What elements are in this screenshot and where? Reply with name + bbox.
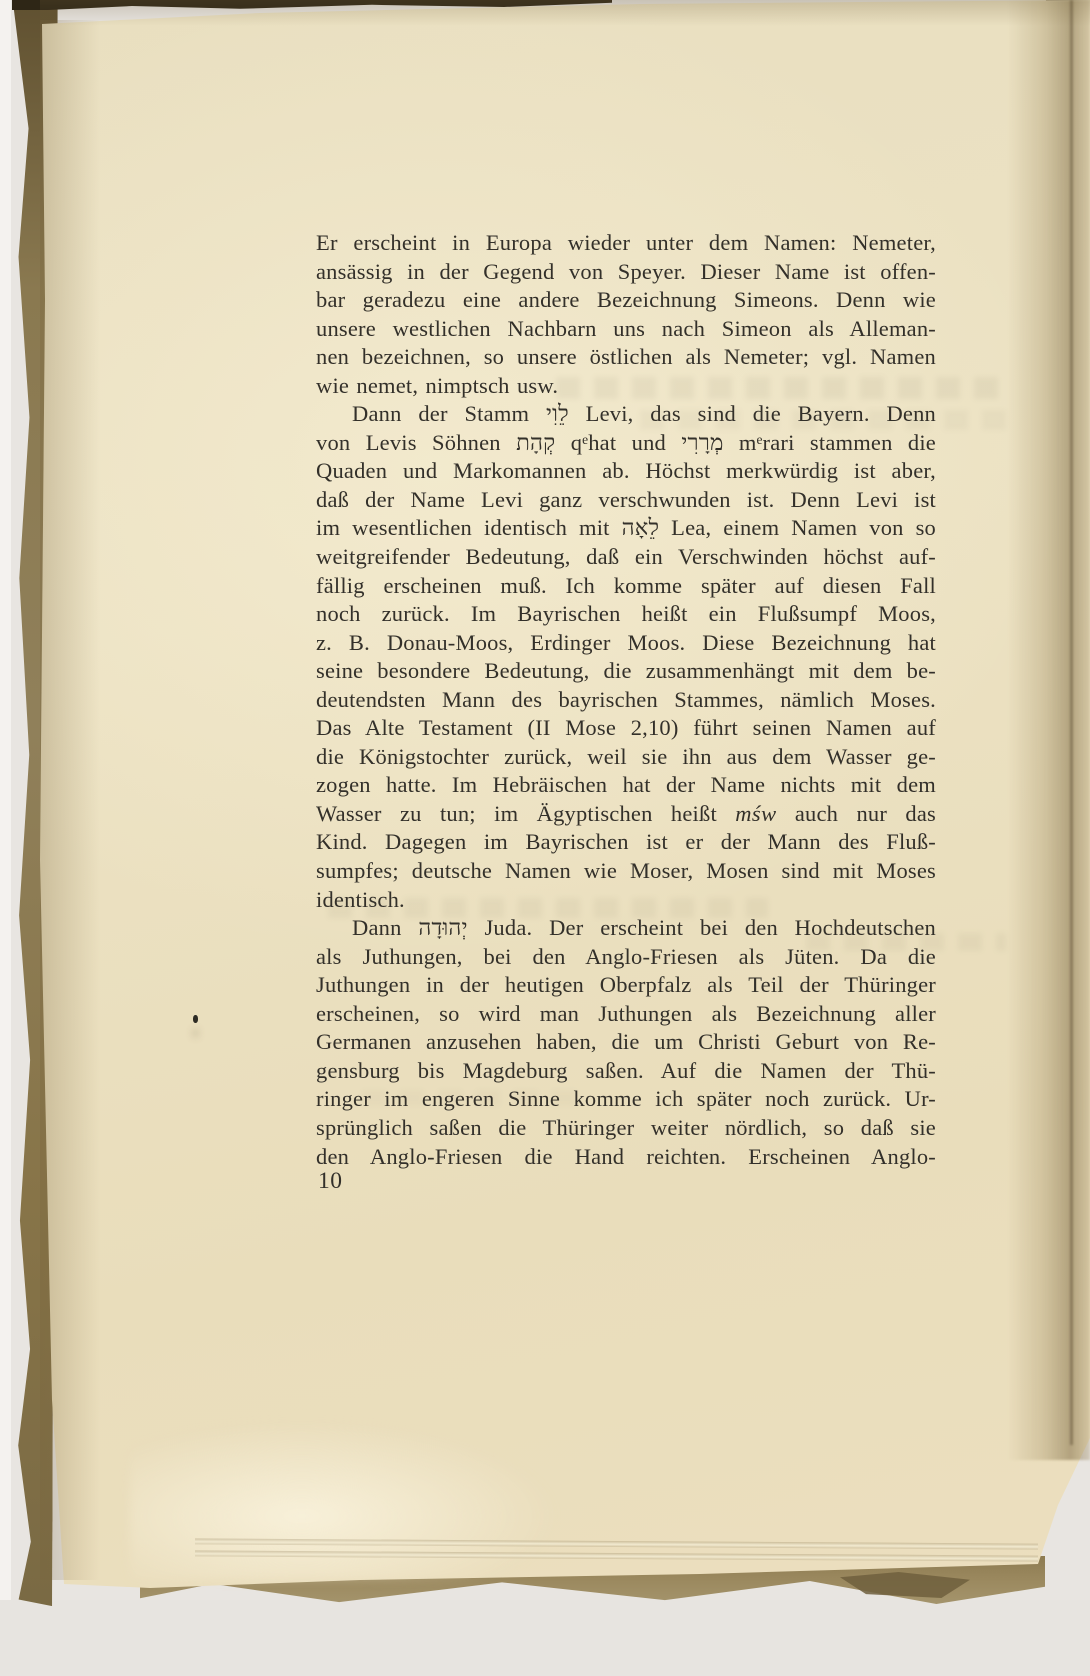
text-line: ringer im engeren Sinne komme ich später… [316, 1085, 936, 1114]
text-line: z. B. Donau-Moos, Erdinger Moos. Diese B… [316, 629, 936, 658]
text-line: bar geradezu eine andere Bezeichnung Sim… [316, 286, 936, 315]
text-line: unsere westlichen Nachbarn uns nach Sime… [316, 315, 936, 344]
page-left-shading [40, 20, 100, 1580]
text-line: zogen hatte. Im Hebräischen hat der Name… [316, 771, 936, 800]
text-line: den Anglo-Friesen die Hand reichten. Ers… [316, 1143, 936, 1172]
page-text: Er erscheint in Europa wieder unter dem … [316, 229, 936, 1171]
scanner-background-left [0, 0, 11, 1676]
text-line: im wesentlichen identisch mit לֵאָה Lea,… [316, 514, 936, 543]
text-line: sumpfes; deutsche Namen wie Moser, Mosen… [316, 857, 936, 886]
text-line: erscheinen, so wird man Juthungen als Be… [316, 1000, 936, 1029]
text-line: Dann יְהוּדָה Juda. Der erscheint bei de… [316, 914, 936, 943]
text-line: Quaden und Markomannen ab. Höchst merkwü… [316, 457, 936, 486]
text-line: die Königstochter zurück, weil sie ihn a… [316, 743, 936, 772]
text-line: von Levis Söhnen קְהָת qᵉhat und מְרָרִי… [316, 429, 936, 458]
text-line: als Juthungen, bei den Anglo-Friesen als… [316, 943, 936, 972]
text-line: fällig erscheinen muß. Ich komme später … [316, 572, 936, 601]
text-line: nen bezeichnen, so unsere östlichen als … [316, 343, 936, 372]
page-right-shading [1008, 0, 1090, 1460]
text-line: daß der Name Levi ganz verschwunden ist.… [316, 486, 936, 515]
text-line: Germanen anzusehen haben, die um Christi… [316, 1028, 936, 1057]
page-number: 10 [318, 1168, 343, 1195]
text-line: gensburg bis Magdeburg saßen. Auf die Na… [316, 1057, 936, 1086]
text-line: Kind. Dagegen im Bayrischen ist er der M… [316, 828, 936, 857]
text-line: ansässig in der Gegend von Speyer. Diese… [316, 258, 936, 287]
text-line: Dann der Stamm לֵוִי Levi, das sind die … [316, 400, 936, 429]
text-line: Er erscheint in Europa wieder unter dem … [316, 229, 936, 258]
page-crease-line [1070, 0, 1073, 1445]
page-top-shading [40, 0, 1090, 26]
ink-speck [193, 1015, 198, 1023]
text-line: deutendsten Mann des bayrischen Stammes,… [316, 686, 936, 715]
text-line: Das Alte Testament (II Mose 2,10) führt … [316, 714, 936, 743]
text-line: seine besondere Bedeutung, die zusammenh… [316, 657, 936, 686]
text-line: noch zurück. Im Bayrischen heißt ein Flu… [316, 600, 936, 629]
scanner-background-bottom [0, 1600, 1090, 1676]
text-line: wie nemet, nimptsch usw. [316, 372, 936, 401]
text-line: sprünglich saßen die Thüringer weiter nö… [316, 1114, 936, 1143]
text-line: identisch. [316, 886, 936, 915]
text-line: Juthungen in der heutigen Oberpfalz als … [316, 971, 936, 1000]
text-line: weitgreifender Bedeutung, daß ein Versch… [316, 543, 936, 572]
text-line: Wasser zu tun; im Ägyptischen heißt mśw … [316, 800, 936, 829]
